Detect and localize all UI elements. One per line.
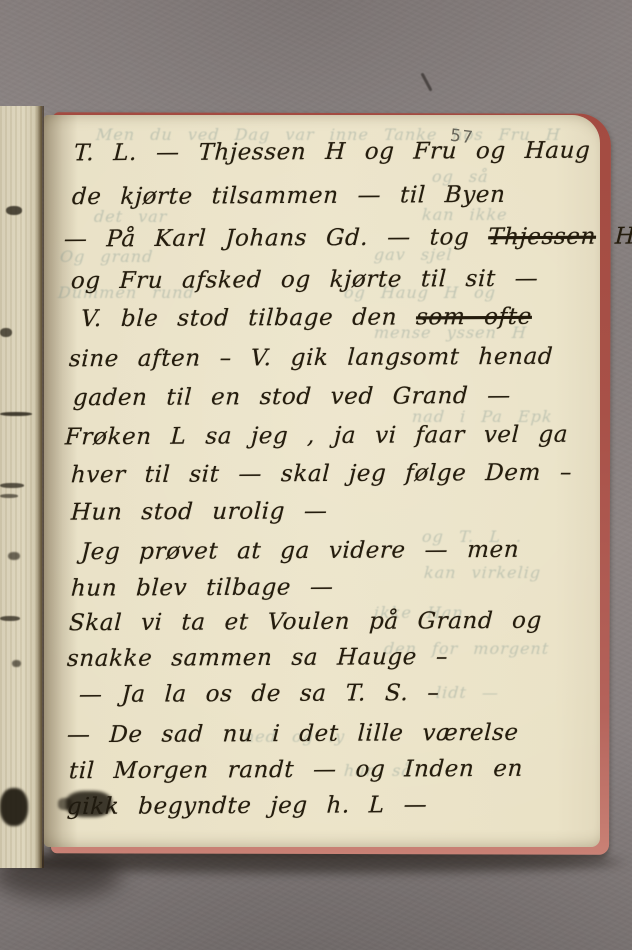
handwriting-text: T. L. — Thjessen H og Fru og Haug: [73, 138, 591, 167]
handwriting-line: — De sad nu i det lille værelse: [66, 720, 519, 748]
handwriting-text: — De sad nu i det lille værelse: [66, 720, 519, 748]
handwriting-line: hver til sit — skal jeg følge Dem –: [70, 460, 572, 489]
page-stack-edge: [0, 106, 42, 868]
handwriting-line: V. ble stod tilbage den som ofte: [80, 304, 532, 332]
ink-smudge: [0, 616, 20, 621]
handwriting-line: Hun stod urolig —: [70, 498, 328, 525]
struck-word: Thjessen: [488, 224, 597, 251]
ink-blot: [58, 798, 72, 810]
photograph-of-notebook: 57 Men du ved Dag var inne Tanke hos Fru…: [0, 0, 632, 950]
handwriting-text: — På Karl Johans Gd. — tog: [63, 224, 489, 252]
ink-smudge: [0, 494, 18, 498]
handwriting-text: de kjørte tilsammen — til Byen: [71, 182, 506, 210]
handwriting-text: Frøken L sa jeg , ja vi faar vel ga: [64, 422, 568, 451]
handwriting-line: hun blev tilbage —: [70, 574, 334, 601]
handwriting-line: — På Karl Johans Gd. — tog Thjessen H: [63, 224, 632, 253]
notebook-page: 57 Men du ved Dag var inne Tanke hos Fru…: [44, 115, 600, 847]
handwriting-line: gaden til en stod ved Grand —: [72, 383, 511, 411]
handwriting-line: — Ja la os de sa T. S. –: [78, 680, 440, 708]
handwriting-text: Jeg prøvet at ga videre — men: [80, 537, 519, 565]
handwriting-line: T. L. — Thjessen H og Fru og Haug: [73, 138, 591, 167]
ink-smudge: [0, 328, 12, 337]
ink-smudge: [0, 483, 24, 488]
handwriting-text: til Morgen randt — og Inden en: [68, 756, 523, 784]
handwriting-text: snakke sammen sa Hauge –: [66, 644, 448, 672]
handwriting-line: Frøken L sa jeg , ja vi faar vel ga: [64, 422, 568, 451]
struck-word: som ofte: [415, 304, 532, 331]
bleedthrough-fragment: lidt —: [435, 683, 499, 702]
ink-smudge: [6, 206, 22, 215]
bleedthrough-fragment: kan virkelig: [423, 563, 541, 582]
handwriting-line: gikk begyndte jeg h. L —: [66, 792, 428, 820]
ink-blot: [66, 791, 112, 817]
handwriting-text: — Ja la os de sa T. S. –: [78, 680, 440, 708]
handwriting-line: sine aften – V. gik langsomt henad: [68, 344, 553, 373]
ink-smudge: [12, 660, 21, 667]
handwriting-line: og Fru afsked og kjørte til sit —: [70, 266, 539, 294]
handwriting-line: snakke sammen sa Hauge –: [66, 644, 448, 672]
handwriting-line: til Morgen randt — og Inden en: [68, 756, 523, 784]
handwriting-text: hver til sit — skal jeg følge Dem –: [70, 460, 572, 489]
ink-smudge: [8, 552, 20, 560]
handwriting-line: de kjørte tilsammen — til Byen: [71, 182, 506, 210]
ink-smudge: [0, 412, 32, 416]
handwriting-text: hun blev tilbage —: [70, 574, 334, 601]
handwriting-text: V. ble stod tilbage den: [80, 304, 416, 332]
handwriting-text: gaden til en stod ved Grand —: [72, 383, 511, 411]
handwriting-line: Skal vi ta et Voulen på Grand og: [68, 608, 542, 636]
handwriting-text: H: [595, 224, 632, 250]
handwriting-text: sine aften – V. gik langsomt henad: [68, 344, 553, 373]
handwriting-text: Skal vi ta et Voulen på Grand og: [68, 608, 542, 636]
handwriting-text: og Fru afsked og kjørte til sit —: [70, 266, 539, 294]
handwriting-text: Hun stod urolig —: [70, 498, 328, 525]
ink-smudge: [0, 788, 28, 826]
handwriting-line: Jeg prøvet at ga videre — men: [80, 537, 519, 565]
handwriting-text: begyndte jeg h. L —: [119, 792, 428, 820]
